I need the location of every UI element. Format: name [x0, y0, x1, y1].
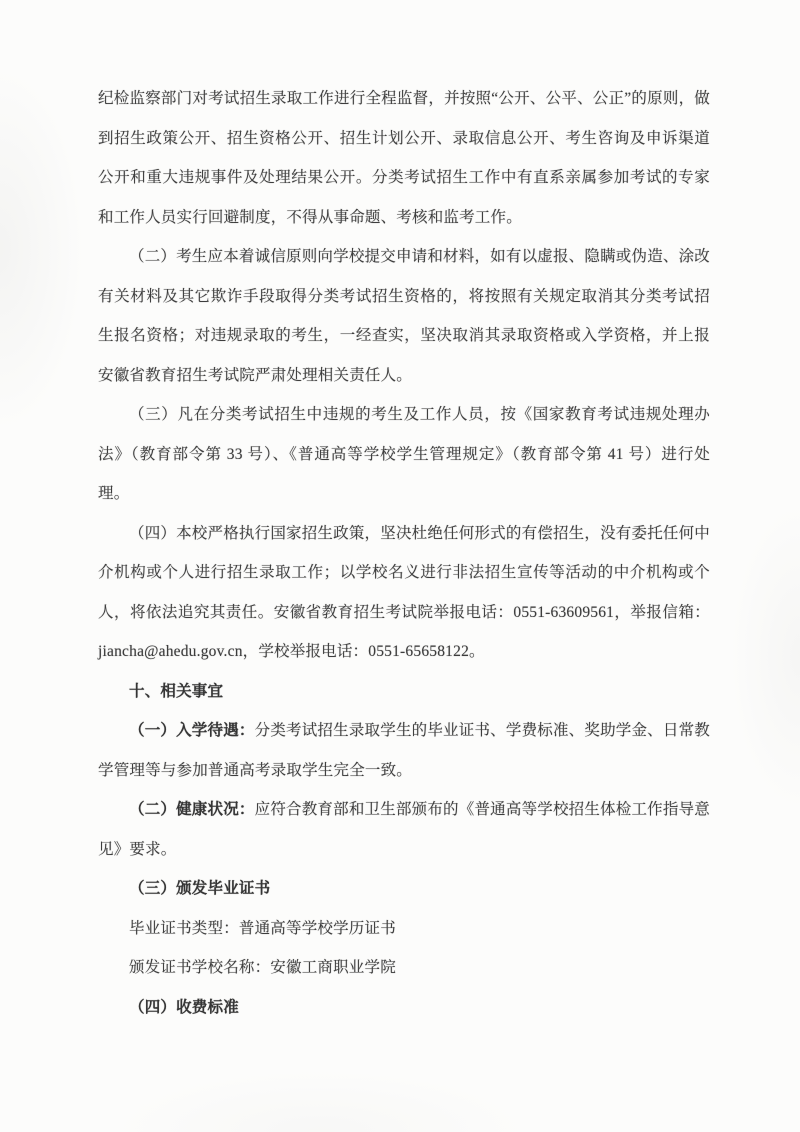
document-page: 纪检监察部门对考试招生录取工作进行全程监督，并按照“公开、公平、公正”的原则，做… — [98, 79, 710, 1027]
paragraph-admission-treatment: （一）入学待遇：分类考试招生录取学生的毕业证书、学费标准、奖助学金、日常教学管理… — [98, 711, 710, 790]
section-heading-diploma: （三）颁发毕业证书 — [98, 869, 710, 909]
paragraph-text: 毕业证书类型：普通高等学校学历证书 — [129, 920, 396, 937]
paragraph-issuing-school-name: 颁发证书学校名称：安徽工商职业学院 — [98, 948, 710, 988]
heading-text: （三）颁发毕业证书 — [129, 880, 270, 897]
paragraph-diploma-type: 毕业证书类型：普通高等学校学历证书 — [98, 909, 710, 949]
paragraph-bold-lead: （二）健康状况： — [129, 801, 255, 818]
paragraph-text: （四）本校严格执行国家招生政策，坚决杜绝任何形式的有偿招生，没有委托任何中介机构… — [98, 525, 710, 661]
paragraph-item-4-report-hotline: （四）本校严格执行国家招生政策，坚决杜绝任何形式的有偿招生，没有委托任何中介机构… — [98, 514, 710, 672]
heading-text: 十、相关事宜 — [129, 683, 223, 700]
paragraph-text: （三）凡在分类考试招生中违规的考生及工作人员，按《国家教育考试违规处理办法》（教… — [98, 406, 710, 502]
paragraph-text: （二）考生应本着诚信原则向学校提交申请和材料，如有以虚报、隐瞒或伪造、涂改有关材… — [98, 248, 710, 384]
section-heading-ten-related-matters: 十、相关事宜 — [98, 672, 710, 712]
heading-text: （四）收费标准 — [129, 999, 239, 1016]
paragraph-text: 颁发证书学校名称：安徽工商职业学院 — [129, 959, 396, 976]
paragraph-bold-lead: （一）入学待遇： — [129, 722, 255, 739]
paragraph-item-3-violation-handling: （三）凡在分类考试招生中违规的考生及工作人员，按《国家教育考试违规处理办法》（教… — [98, 395, 710, 514]
paragraph-text: 纪检监察部门对考试招生录取工作进行全程监督，并按照“公开、公平、公正”的原则，做… — [98, 90, 710, 226]
paragraph-supervision-continuation: 纪检监察部门对考试招生录取工作进行全程监督，并按照“公开、公平、公正”的原则，做… — [98, 79, 710, 237]
section-heading-fees: （四）收费标准 — [98, 988, 710, 1028]
paragraph-item-2-integrity: （二）考生应本着诚信原则向学校提交申请和材料，如有以虚报、隐瞒或伪造、涂改有关材… — [98, 237, 710, 395]
paragraph-health-status: （二）健康状况：应符合教育部和卫生部颁布的《普通高等学校招生体检工作指导意见》要… — [98, 790, 710, 869]
